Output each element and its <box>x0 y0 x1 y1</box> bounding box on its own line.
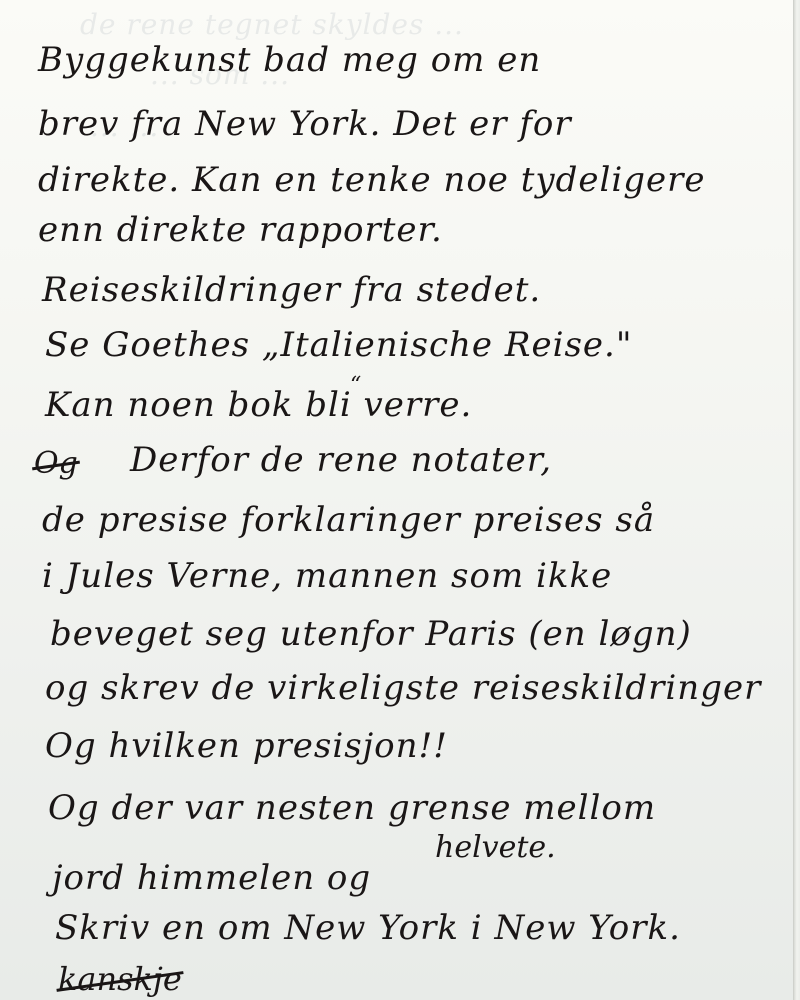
handwritten-line-8: Derfor de rene notater, <box>130 440 552 480</box>
bleed-through-text: de rene tegnet skyldes ... <box>80 8 464 41</box>
struck-out-word: kanskje <box>58 960 182 998</box>
line-text: de presise forklaringer preises så <box>42 500 655 540</box>
struck-out-word: Og <box>34 446 78 481</box>
line-text: Byggekunst bad meg om en <box>38 40 541 80</box>
line-text: Kan noen bok bli verre. <box>45 385 472 425</box>
handwritten-line-16: Skriv en om New York i New York. <box>55 908 681 948</box>
line-text: og skrev de virkeligste reiseskildringer <box>45 668 761 708</box>
handwritten-line-5: Reiseskildringer fra stedet. <box>42 270 541 310</box>
handwritten-line-9: de presise forklaringer preises så <box>42 500 655 540</box>
handwritten-line-10: i Jules Verne, mannen som ikke <box>42 556 612 596</box>
handwritten-line-11: beveget seg utenfor Paris (en løgn) <box>50 614 692 654</box>
handwritten-line-3: direkte. Kan en tenke noe tydeligere <box>38 160 706 200</box>
line-text: beveget seg utenfor Paris (en løgn) <box>50 614 692 654</box>
handwritten-line-6: Se Goethes „Italienische Reise." <box>45 325 632 365</box>
handwritten-line-13: Og hvilken presisjon!! <box>45 726 448 766</box>
page-edge <box>793 0 800 1000</box>
inserted-word-above: helvete. <box>435 830 556 865</box>
line-text: Reiseskildringer fra stedet. <box>42 270 541 310</box>
handwritten-line-1: Byggekunst bad meg om en <box>38 40 541 80</box>
handwritten-line-7: Kan noen bok bli verre. <box>45 385 472 425</box>
handwritten-line-12: og skrev de virkeligste reiseskildringer <box>45 668 761 708</box>
line-text: i Jules Verne, mannen som ikke <box>42 556 612 596</box>
line-text: Skriv en om New York i New York. <box>55 908 681 948</box>
handwritten-line-2: brev fra New York. Det er for <box>38 104 572 144</box>
line-text: enn direkte rapporter. <box>38 210 443 250</box>
line-text: Og hvilken presisjon!! <box>45 726 448 766</box>
line-text: direkte. Kan en tenke noe tydeligere <box>38 160 706 200</box>
handwritten-line-14: Og der var nesten grense mellom <box>48 788 656 828</box>
line-text: Se Goethes „Italienische Reise." <box>45 325 632 365</box>
handwritten-line-15: jord himmelen og <box>52 858 371 898</box>
line-text: jord himmelen og <box>52 858 371 898</box>
notebook-page: de rene tegnet skyldes ... ... som ... .… <box>0 0 793 1000</box>
handwritten-line-4: enn direkte rapporter. <box>38 210 443 250</box>
line-text: brev fra New York. Det er for <box>38 104 572 144</box>
line-text: Derfor de rene notater, <box>130 440 552 480</box>
line-text: Og der var nesten grense mellom <box>48 788 656 828</box>
